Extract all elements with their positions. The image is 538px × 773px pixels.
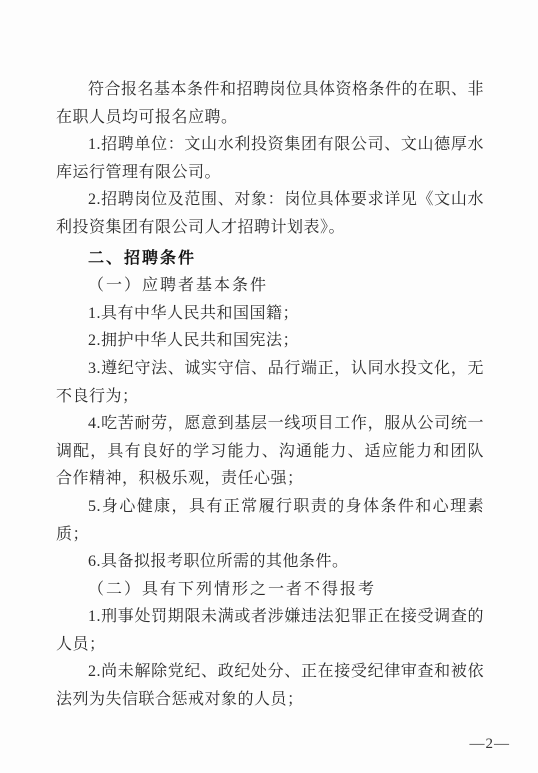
condition-item-6: 6.具备拟报考职位所需的其他条件。 bbox=[56, 548, 484, 576]
document-page: 符合报名基本条件和招聘岗位具体资格条件的在职、非在职人员均可报名应聘。 1.招聘… bbox=[0, 0, 538, 773]
disqualification-item-2: 2.尚未解除党纪、政纪处分、正在接受纪律审查和被依法列为失信联合惩戒对象的人员； bbox=[56, 658, 484, 713]
condition-item-5: 5.身心健康，具有正常履行职责的身体条件和心理素质； bbox=[56, 493, 484, 548]
page-number: —2— bbox=[470, 736, 511, 753]
section-heading-recruitment-conditions: 二、招聘条件 bbox=[56, 245, 484, 273]
paragraph-positions-scope: 2.招聘岗位及范围、对象：岗位具体要求详见《文山水利投资集团有限公司人才招聘计划… bbox=[56, 186, 484, 241]
condition-item-2: 2.拥护中华人民共和国宪法； bbox=[56, 327, 484, 355]
paragraph-eligibility-intro: 符合报名基本条件和招聘岗位具体资格条件的在职、非在职人员均可报名应聘。 bbox=[56, 76, 484, 131]
condition-item-1: 1.具有中华人民共和国国籍； bbox=[56, 300, 484, 328]
paragraph-recruiting-units: 1.招聘单位：文山水利投资集团有限公司、文山德厚水库运行管理有限公司。 bbox=[56, 131, 484, 186]
condition-item-3: 3.遵纪守法、诚实守信、品行端正，认同水投文化，无不良行为； bbox=[56, 355, 484, 410]
subsection-heading-disqualifying-conditions: （二）具有下列情形之一者不得报考 bbox=[56, 576, 484, 604]
document-body: 符合报名基本条件和招聘岗位具体资格条件的在职、非在职人员均可报名应聘。 1.招聘… bbox=[56, 76, 484, 714]
condition-item-4: 4.吃苦耐劳，愿意到基层一线项目工作，服从公司统一调配，具有良好的学习能力、沟通… bbox=[56, 410, 484, 493]
subsection-heading-basic-conditions: （一）应聘者基本条件 bbox=[56, 272, 484, 300]
disqualification-item-1: 1.刑事处罚期限未满或者涉嫌违法犯罪正在接受调查的人员； bbox=[56, 603, 484, 658]
